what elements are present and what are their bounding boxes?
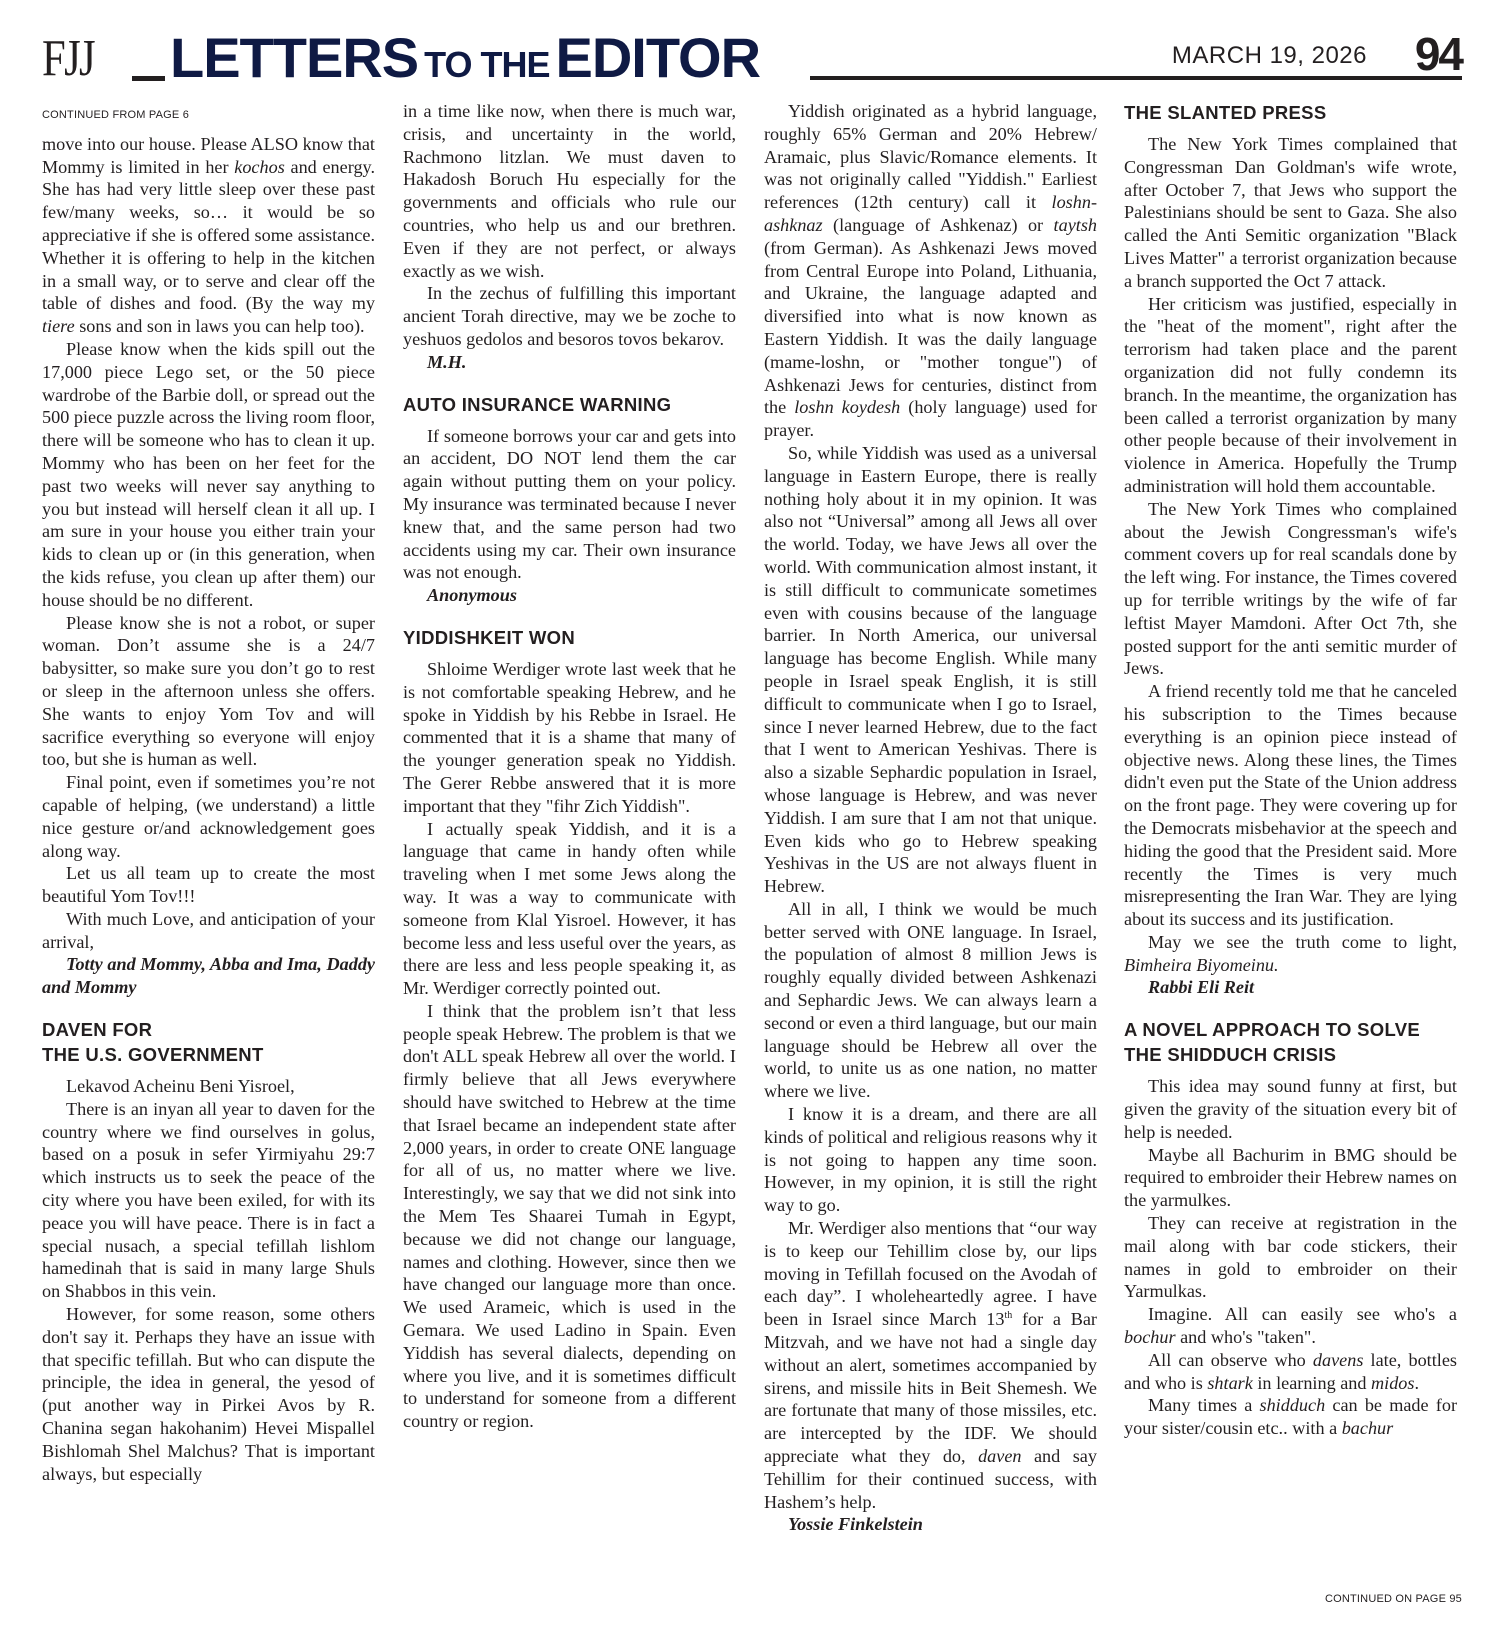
letter-daven-body-continued: in a time like now, when there is much w… [403, 100, 736, 351]
paragraph: Final point, even if sometimes you’re no… [42, 771, 375, 862]
letter-heading-slanted-press: THE SLANTED PRESS [1124, 100, 1457, 125]
paragraph: The New York Times complained that Congr… [1124, 133, 1457, 293]
issue-date: MARCH 19, 2026 [1172, 42, 1367, 70]
letter-signature: Yossie Finkelstein [764, 1513, 1097, 1536]
paragraph: This idea may sound funny at first, but … [1124, 1075, 1457, 1143]
letter-heading-shidduch-crisis: A NOVEL APPROACH TO SOLVE THE SHIDDUCH C… [1124, 1017, 1457, 1067]
paragraph: However, for some reason, some others do… [42, 1303, 375, 1485]
continued-from-label: CONTINUED FROM PAGE 6 [42, 104, 375, 127]
paragraph: Imagine. All can easily see who's a boch… [1124, 1303, 1457, 1349]
paragraph: All can observe who davens late, bottles… [1124, 1349, 1457, 1395]
paragraph: I think that the problem isn’t that less… [403, 1000, 736, 1433]
heading-line: A NOVEL APPROACH TO SOLVE [1124, 1019, 1420, 1040]
letter-signature: Totty and Mommy, Abba and Ima, Daddy and… [42, 953, 375, 999]
page-number: 94 [1415, 30, 1462, 78]
letter-mommy-body: move into our house. Please ALSO know th… [42, 133, 375, 954]
column-2: in a time like now, when there is much w… [403, 100, 736, 1433]
paragraph: Maybe all Bachurim in BMG should be requ… [1124, 1144, 1457, 1212]
letter-heading-yiddishkeit-won: YIDDISHKEIT WON [403, 625, 736, 650]
paragraph: Lekavod Acheinu Beni Yisroel, [42, 1075, 375, 1098]
paragraph: Shloime Werdiger wrote last week that he… [403, 658, 736, 818]
letter-daven-body: Lekavod Acheinu Beni Yisroel,There is an… [42, 1075, 375, 1485]
paragraph: Mr. Werdiger also mentions that “our way… [764, 1217, 1097, 1513]
column-4: THE SLANTED PRESS The New York Times com… [1124, 100, 1457, 1440]
paragraph: If someone borrows your car and gets int… [403, 425, 736, 585]
paragraph: Yiddish originated as a hybrid language,… [764, 100, 1097, 442]
heading-line: THE U.S. GOVERNMENT [42, 1044, 264, 1065]
paragraph: May we see the truth come to light, Bimh… [1124, 931, 1457, 977]
paragraph: Many times a shidduch can be made for yo… [1124, 1394, 1457, 1440]
column-3: Yiddish originated as a hybrid language,… [764, 100, 1097, 1536]
paragraph: Please know when the kids spill out the … [42, 338, 375, 612]
masthead: FJJ LETTERSTO THEEDITOR MARCH 19, 2026 9… [42, 28, 1462, 84]
continued-on-link[interactable]: CONTINUED ON PAGE 95 [1325, 1593, 1462, 1605]
letter-shidduch-body: This idea may sound funny at first, but … [1124, 1075, 1457, 1440]
paragraph: I know it is a dream, and there are all … [764, 1103, 1097, 1217]
paragraph: Please know she is not a robot, or super… [42, 612, 375, 772]
logo-underline [132, 76, 165, 81]
heading-line: DAVEN FOR [42, 1019, 152, 1040]
column-1: CONTINUED FROM PAGE 6 move into our hous… [42, 100, 375, 1485]
paragraph: A friend recently told me that he cancel… [1124, 680, 1457, 931]
letter-yiddishkeit-body-continued: Yiddish originated as a hybrid language,… [764, 100, 1097, 1513]
paragraph: The New York Times who complained about … [1124, 498, 1457, 680]
letter-yiddishkeit-body: Shloime Werdiger wrote last week that he… [403, 658, 736, 1433]
paragraph: With much Love, and anticipation of your… [42, 908, 375, 954]
paragraph: Her criticism was justified, especially … [1124, 293, 1457, 498]
header-rule [810, 76, 1462, 80]
paragraph: in a time like now, when there is much w… [403, 100, 736, 282]
letter-signature: M.H. [403, 351, 736, 374]
letter-slanted-press-body: The New York Times complained that Congr… [1124, 133, 1457, 976]
letter-heading-daven-for-government: DAVEN FOR THE U.S. GOVERNMENT [42, 1017, 375, 1067]
paragraph: Let us all team up to create the most be… [42, 862, 375, 908]
letter-auto-insurance-body: If someone borrows your car and gets int… [403, 425, 736, 585]
paragraph: There is an inyan all year to daven for … [42, 1098, 375, 1303]
paragraph: All in all, I think we would be much bet… [764, 898, 1097, 1103]
letter-heading-auto-insurance: AUTO INSURANCE WARNING [403, 392, 736, 417]
section-title-to-the: TO THE [424, 44, 549, 85]
letter-signature: Rabbi Eli Reit [1124, 976, 1457, 999]
paragraph: In the zechus of fulfilling this importa… [403, 282, 736, 350]
heading-line: THE SHIDDUCH CRISIS [1124, 1044, 1336, 1065]
paragraph: move into our house. Please ALSO know th… [42, 133, 375, 338]
paragraph: So, while Yiddish was used as a universa… [764, 442, 1097, 898]
letter-signature: Anonymous [403, 584, 736, 607]
paragraph: They can receive at registration in the … [1124, 1212, 1457, 1303]
publication-logo: FJJ [42, 34, 94, 84]
section-title-editor: EDITOR [555, 26, 760, 89]
section-title: LETTERSTO THEEDITOR [170, 30, 760, 93]
paragraph: I actually speak Yiddish, and it is a la… [403, 818, 736, 1000]
section-title-letters: LETTERS [170, 26, 418, 89]
